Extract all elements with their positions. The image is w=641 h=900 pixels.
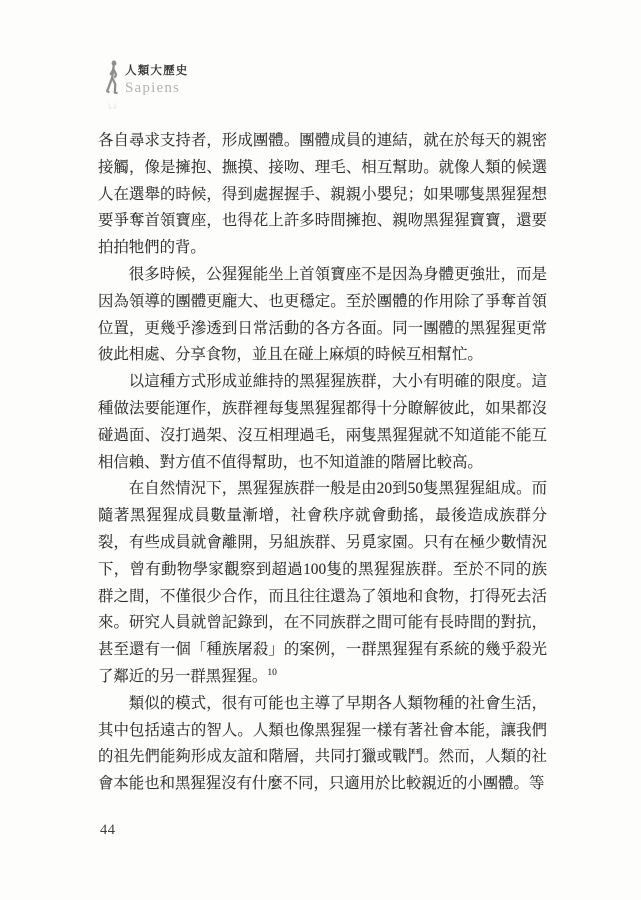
logo-text: 人類大歷史 Sapiens (125, 60, 189, 96)
body-paragraph-3: 以這種方式形成並維持的黑猩猩族群，大小有明確的限度。這種做法要能運作，族群裡每隻… (98, 369, 547, 476)
body-paragraph-5: 類似的模式，很有可能也主導了早期各人類物種的社會生活，其中包括遠古的智人。人類也… (98, 691, 547, 798)
paragraph-text: 以這種方式形成並維持的黑猩猩族群，大小有明確的限度。這種做法要能運作，族群裡每隻… (98, 373, 547, 470)
footnote-marker: 10 (267, 668, 277, 678)
paragraph-text: 很多時候，公猩猩能坐上首領寶座不是因為身體更強壯，而是因為領導的團體更龐大、也更… (98, 266, 547, 363)
logo-title-english: Sapiens (125, 80, 189, 96)
walking-figure-reflection (105, 95, 120, 109)
logo-title-chinese: 人類大歷史 (125, 65, 189, 78)
brand-logo: 人類大歷史 Sapiens (104, 60, 189, 109)
body-paragraph-1: 各自尋求支持者，形成團體。團體成員的連結，就在於每天的親密接觸，像是擁抱、撫摸、… (98, 128, 547, 262)
paragraph-text: 各自尋求支持者，形成團體。團體成員的連結，就在於每天的親密接觸，像是擁抱、撫摸、… (98, 132, 547, 256)
walking-figure-icon (104, 60, 120, 109)
body-paragraph-4: 在自然情況下，黑猩猩族群一般是由20到50隻黑猩猩組成。而隨著黑猩猩成員數量漸增… (98, 476, 547, 690)
page-number: 44 (100, 822, 116, 839)
paragraph-text: 在自然情況下，黑猩猩族群一般是由20到50隻黑猩猩組成。而隨著黑猩猩成員數量漸增… (98, 480, 547, 685)
body-text: 各自尋求支持者，形成團體。團體成員的連結，就在於每天的親密接觸，像是擁抱、撫摸、… (98, 128, 547, 798)
body-paragraph-2: 很多時候，公猩猩能坐上首領寶座不是因為身體更強壯，而是因為領導的團體更龐大、也更… (98, 262, 547, 369)
paragraph-text: 類似的模式，很有可能也主導了早期各人類物種的社會生活，其中包括遠古的智人。人類也… (98, 695, 547, 792)
book-page: { "theme": { "page_bg": "#fdfdfc", "text… (0, 0, 641, 900)
